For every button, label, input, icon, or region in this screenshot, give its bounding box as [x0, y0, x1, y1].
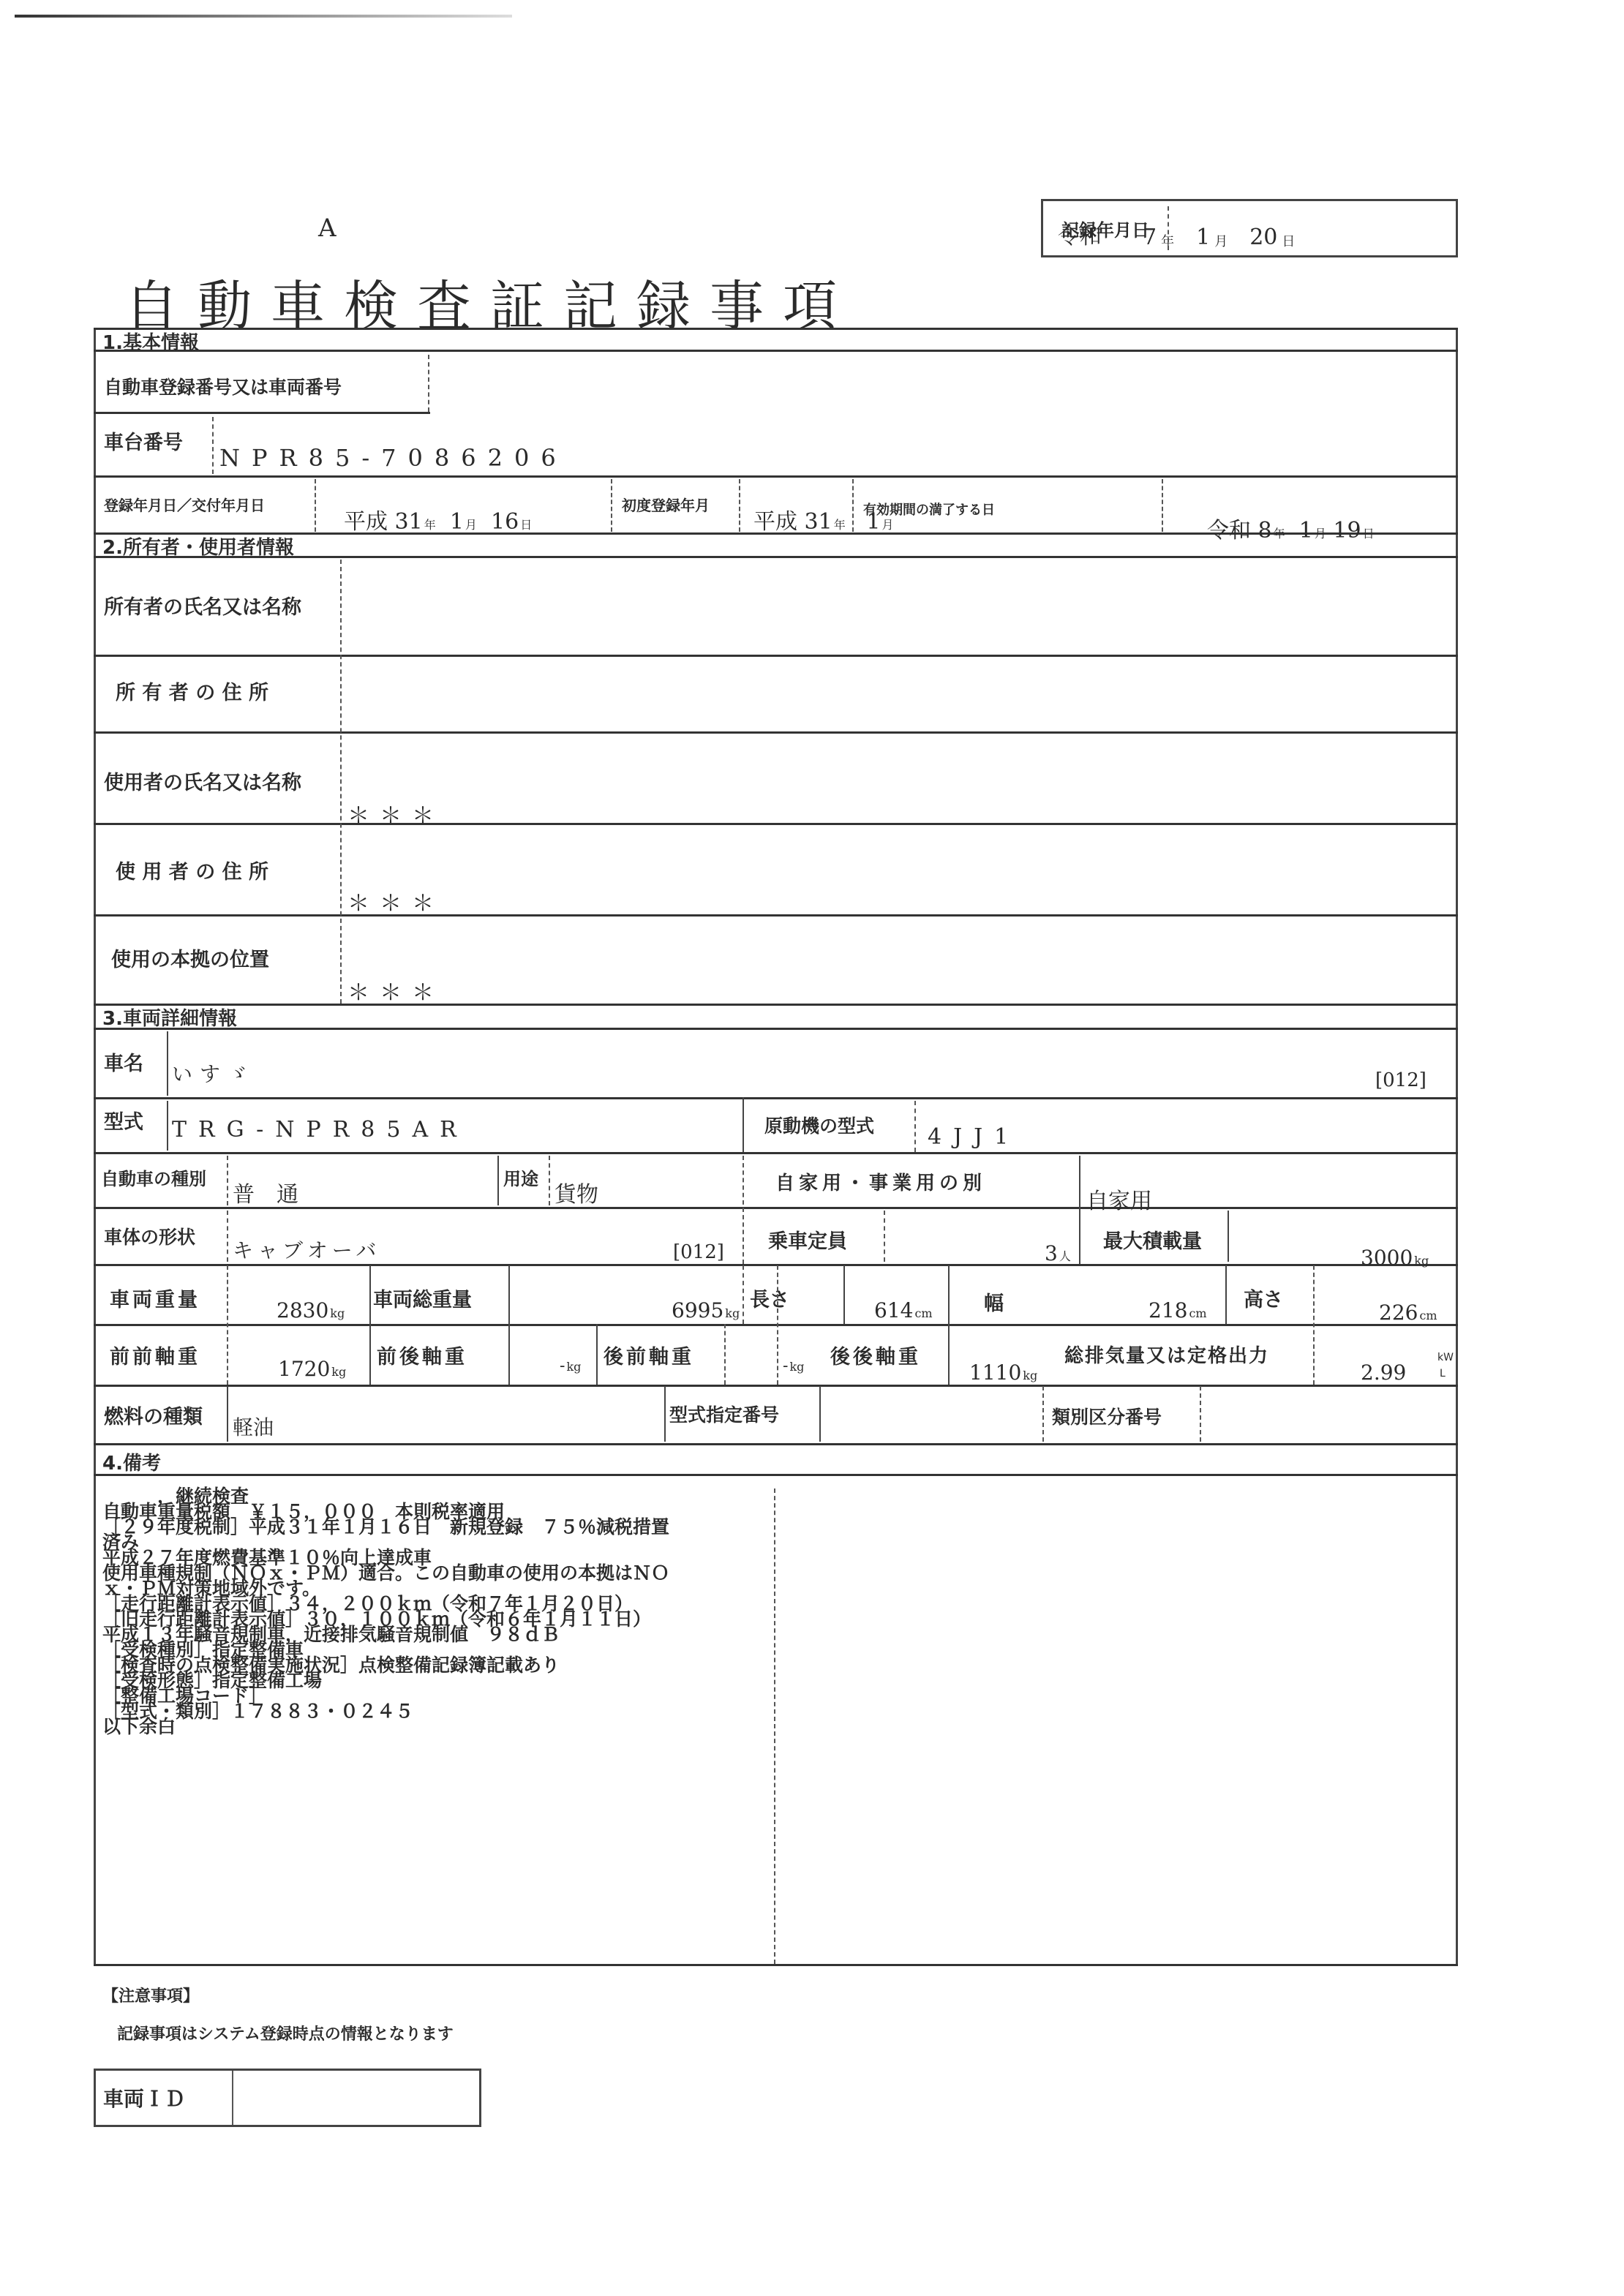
ff-axle-value: 1720 [278, 1357, 330, 1381]
vehicle-type: 普 通 [233, 1176, 298, 1208]
divider [914, 1101, 916, 1152]
rr-axle-label: 後後軸重 [830, 1341, 921, 1369]
rule [94, 475, 1458, 478]
unit: kg [789, 1360, 804, 1374]
unit: 年 [424, 518, 436, 532]
unit: 月 [465, 518, 477, 532]
type-designation-label: 型式指定番号 [669, 1401, 779, 1427]
divider [497, 1156, 499, 1205]
rule [94, 1443, 1458, 1445]
ff-axle: 1720kg [278, 1357, 346, 1381]
divider [948, 1265, 950, 1385]
divider [777, 1265, 778, 1385]
body-shape-label: 車体の形状 [104, 1223, 195, 1249]
divider [596, 1324, 598, 1385]
length-label: 長さ [750, 1284, 789, 1312]
gross-weight-value: 6995 [672, 1298, 723, 1322]
max-load: 3000kg [1361, 1246, 1429, 1270]
chassis-number: NPR85-7086206 [219, 444, 568, 472]
unit: kg [1414, 1254, 1429, 1268]
divider [743, 1097, 744, 1152]
displacement-unit-top: kW [1437, 1352, 1454, 1363]
divider [508, 1265, 510, 1385]
unit: 日 [520, 518, 532, 532]
year: 8 [1258, 518, 1272, 543]
unit: kg [1023, 1369, 1037, 1382]
rr-axle: 1110kg [969, 1360, 1037, 1385]
displacement-value: 2.99 [1361, 1360, 1406, 1385]
day: 19 [1333, 518, 1361, 543]
length-value: 614 [874, 1298, 913, 1322]
max-load-label: 最大積載量 [1103, 1225, 1202, 1254]
expiry-date: 令和 8年 1月 19日 [1207, 512, 1375, 544]
divider [369, 1265, 371, 1385]
capacity-label: 乗車定員 [768, 1225, 847, 1254]
user-address-label: 使 用 者 の 住 所 [116, 856, 268, 884]
expiry-label: 有効期間の満了する日 [863, 500, 995, 519]
vehicle-id-value [233, 2071, 479, 2125]
era: 平成 [753, 509, 797, 535]
rule [94, 1152, 1458, 1154]
record-date-day: 20 [1249, 225, 1277, 250]
model-label: 型式 [104, 1106, 143, 1134]
body-shape: キャブオーバ [233, 1235, 380, 1264]
record-date-box: 記録年月日 令和 7年 1月 20日 [1041, 199, 1458, 257]
month: 1 [450, 509, 464, 535]
divider [315, 479, 316, 532]
divider [227, 1156, 228, 1205]
divider [212, 417, 214, 474]
private-business: 自家用 [1086, 1183, 1152, 1215]
rule [94, 1964, 1458, 1966]
unit: 年 [1274, 527, 1285, 541]
rule [94, 1385, 1458, 1387]
remarks-divider [774, 1488, 775, 1964]
width: 218cm [1149, 1298, 1207, 1322]
corner-mark: A [318, 214, 337, 243]
divider [340, 560, 342, 1004]
divider [724, 1324, 726, 1385]
vehicle-weight-value: 2830 [277, 1298, 328, 1322]
width-label: 幅 [984, 1287, 1004, 1316]
rule [94, 1028, 1458, 1030]
max-load-value: 3000 [1361, 1246, 1413, 1270]
unit: kg [331, 1365, 346, 1379]
divider [167, 1031, 168, 1096]
rule [94, 823, 1458, 825]
unit: 月 [881, 518, 893, 532]
section-1-heading: 1.基本情報 [102, 328, 199, 355]
unit: cm [914, 1306, 932, 1320]
rule [94, 914, 1458, 916]
section-3-heading: 3.車両詳細情報 [102, 1004, 237, 1031]
use: 貨物 [555, 1176, 598, 1208]
divider [743, 1265, 744, 1324]
remarks-line: ［型式・類別］１７８８３・０２４５ [102, 1704, 669, 1719]
remarks-line: ［２９年度税制］平成３１年１月１６日 新規登録 ７５％減税措置 [102, 1519, 669, 1535]
vehicle-weight-label: 車両重量 [110, 1284, 200, 1312]
era: 令和 [1207, 518, 1251, 543]
registration-number-label: 自動車登録番号又は車両番号 [104, 373, 342, 399]
owner-address-label: 所 有 者 の 住 所 [116, 677, 268, 705]
user-address-value: ＊＊＊ [347, 885, 444, 917]
base-location-label: 使用の本拠の位置 [111, 944, 269, 972]
capacity-value: 3 [1045, 1241, 1058, 1265]
scan-edge-line [15, 15, 512, 18]
registration-date-label: 登録年月日／交付年月日 [104, 494, 265, 515]
divider [227, 1211, 228, 1262]
engine-model: 4JJ1 [928, 1124, 1020, 1150]
vehicle-id-box: 車両ＩＤ [94, 2069, 481, 2127]
body-shape-code: [012] [673, 1241, 724, 1263]
divider [884, 1211, 885, 1262]
rule [94, 556, 1458, 558]
month-unit: 月 [1214, 231, 1228, 250]
rule [94, 1474, 1458, 1476]
era: 平成 [344, 509, 388, 535]
divider [739, 479, 740, 532]
use-label: 用途 [503, 1164, 538, 1190]
user-name-label: 使用者の氏名又は名称 [104, 767, 301, 795]
fr-axle-label: 前後軸重 [377, 1341, 467, 1369]
displacement: 2.99 [1361, 1360, 1406, 1385]
private-business-label: 自家用・事業用の別 [775, 1168, 986, 1195]
divider [227, 1265, 228, 1385]
rf-axle-label: 後前軸重 [604, 1341, 694, 1369]
unit: 月 [1315, 527, 1326, 541]
section-4-heading: 4.備考 [102, 1448, 161, 1475]
divider [428, 355, 429, 412]
fuel: 軽油 [233, 1412, 274, 1441]
fr-axle: -kg [560, 1357, 581, 1375]
rule [94, 1264, 1458, 1266]
car-name-label: 車名 [104, 1047, 143, 1076]
divider [843, 1265, 845, 1324]
divider [1200, 1386, 1201, 1442]
rr-axle-value: 1110 [969, 1360, 1021, 1385]
capacity: 3人 [1045, 1241, 1071, 1265]
day: 16 [491, 509, 519, 535]
gross-weight-label: 車両総重量 [373, 1284, 472, 1312]
unit: kg [725, 1306, 740, 1320]
divider [1162, 479, 1163, 532]
section-2-heading: 2.所有者・使用者情報 [102, 532, 294, 560]
rule [94, 1324, 1458, 1326]
width-value: 218 [1149, 1298, 1187, 1322]
unit: kg [330, 1306, 345, 1320]
displacement-label: 総排気量又は定格出力 [1064, 1341, 1269, 1368]
height: 226cm [1379, 1301, 1437, 1325]
owner-name-label: 所有者の氏名又は名称 [104, 591, 301, 620]
remarks-text: ，継続検査 自動車重量税額 ￥１５，０００ 本則税率適用 ［２９年度税制］平成３… [102, 1488, 669, 1734]
notes-text: 記録事項はシステム登録時点の情報となります [117, 2022, 454, 2044]
year: 31 [805, 509, 832, 535]
divider [743, 1156, 744, 1264]
car-name: いすゞ [172, 1058, 255, 1088]
divider [167, 1101, 168, 1151]
divider [1228, 1211, 1229, 1262]
rule [94, 412, 430, 414]
notes-heading: 【注意事項】 [102, 1984, 199, 2006]
engine-model-label: 原動機の型式 [764, 1112, 874, 1138]
divider [227, 1386, 228, 1442]
category-label: 類別区分番号 [1052, 1403, 1162, 1429]
record-date-label: 記録年月日 [1043, 206, 1169, 250]
rf-axle-value: - [783, 1357, 788, 1375]
unit: 人 [1059, 1249, 1071, 1263]
ff-axle-label: 前前軸重 [110, 1341, 200, 1369]
divider [1313, 1265, 1315, 1385]
gross-weight: 6995kg [672, 1298, 740, 1322]
rule [94, 328, 1458, 330]
rf-axle: -kg [783, 1357, 804, 1375]
divider [1079, 1156, 1080, 1264]
divider [664, 1386, 666, 1442]
user-name-value: ＊＊＊ [347, 797, 444, 829]
registration-date: 平成 31年 1月 16日 [344, 503, 532, 535]
unit: 日 [1363, 527, 1375, 541]
vehicle-id-label: 車両ＩＤ [96, 2071, 233, 2125]
year: 31 [395, 509, 423, 535]
displacement-unit-bottom: L [1440, 1368, 1446, 1380]
rule [94, 655, 1458, 657]
length: 614cm [874, 1298, 933, 1322]
divider [819, 1386, 821, 1442]
divider [611, 479, 612, 532]
base-location-value: ＊＊＊ [347, 974, 444, 1006]
day-unit: 日 [1282, 231, 1295, 250]
rule [94, 1004, 1458, 1006]
height-label: 高さ [1244, 1284, 1283, 1312]
vehicle-weight: 2830kg [277, 1298, 345, 1322]
rule [94, 1097, 1458, 1099]
record-date-month: 1 [1196, 225, 1210, 250]
divider [1042, 1386, 1044, 1442]
car-name-code: [012] [1375, 1069, 1426, 1091]
unit: cm [1189, 1306, 1206, 1320]
fuel-label: 燃料の種類 [104, 1401, 203, 1429]
vehicle-type-label: 自動車の種別 [101, 1164, 206, 1190]
fr-axle-value: - [560, 1357, 565, 1375]
divider [852, 479, 854, 532]
model: TRG-NPR85AR [172, 1117, 468, 1143]
first-registration-label: 初度登録年月 [622, 494, 710, 515]
unit: 年 [834, 518, 846, 532]
divider [1225, 1265, 1227, 1324]
unit: kg [566, 1360, 581, 1374]
month: 1 [1299, 518, 1313, 543]
rule [94, 350, 1458, 352]
divider [549, 1156, 550, 1205]
rule [94, 731, 1458, 734]
unit: cm [1419, 1309, 1437, 1322]
height-value: 226 [1379, 1301, 1418, 1325]
chassis-number-label: 車台番号 [104, 426, 183, 455]
